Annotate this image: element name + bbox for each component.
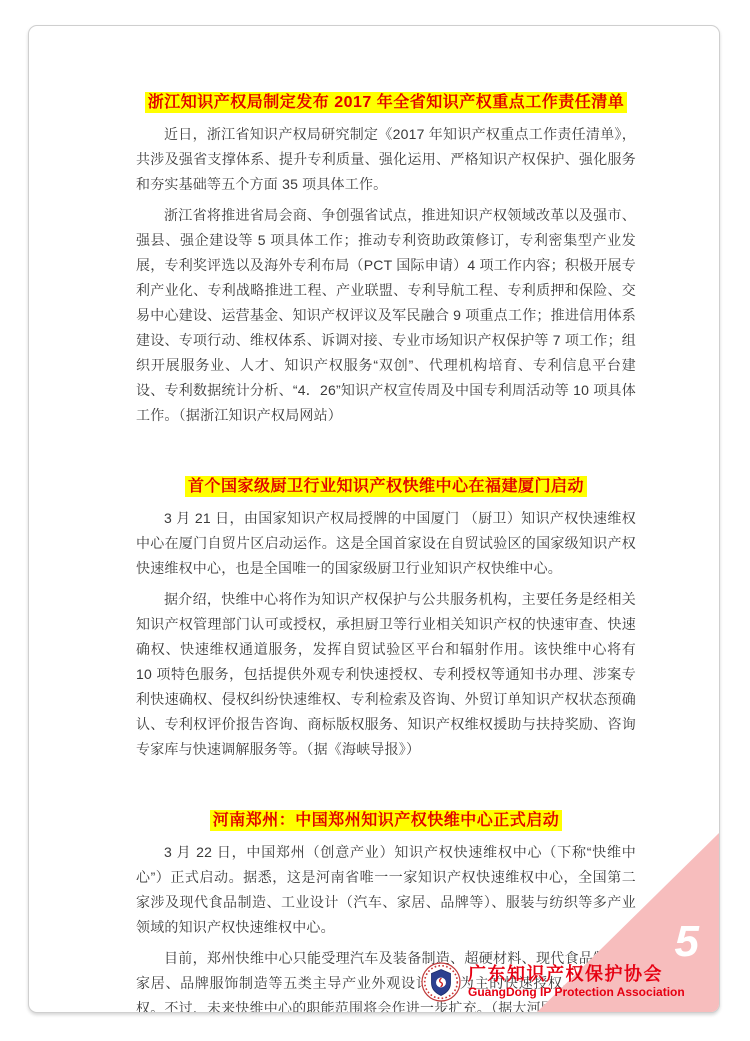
page-content: 浙江知识产权局制定发布 2017 年全省知识产权重点工作责任清单 近日，浙江省知… [29,26,719,1013]
section-heading: 首个国家级厨卫行业知识产权快维中心在福建厦门启动 [136,474,636,500]
section-heading-text: 浙江知识产权局制定发布 2017 年全省知识产权重点工作责任清单 [145,92,628,113]
newsletter-page: 浙江知识产权局制定发布 2017 年全省知识产权重点工作责任清单 近日，浙江省知… [28,25,720,1013]
footer-brand: 广东知识产权保护协会 GuangDong IP Protection Assoc… [421,961,685,1003]
body-paragraph: 近日，浙江省知识产权局研究制定《2017 年知识产权重点工作责任清单》，共涉及强… [136,122,636,197]
association-name-cn: 广东知识产权保护协会 [468,965,685,985]
body-paragraph: 据介绍，快维中心将作为知识产权保护与公共服务机构，主要任务是经相关知识产权管理部… [136,587,636,762]
footer-brand-text: 广东知识产权保护协会 GuangDong IP Protection Assoc… [468,965,685,1000]
section-heading: 河南郑州：中国郑州知识产权快维中心正式启动 [136,808,636,834]
body-paragraph: 3 月 21 日，由国家知识产权局授牌的中国厦门 （厨卫）知识产权快速维权中心在… [136,506,636,581]
page-number: 5 [675,920,699,964]
body-paragraph: 浙江省将推进省局会商、争创强省试点，推进知识产权领域改革以及强市、强县、强企建设… [136,203,636,428]
association-logo-icon [421,962,461,1002]
association-name-en: GuangDong IP Protection Association [468,986,685,999]
section-heading-text: 首个国家级厨卫行业知识产权快维中心在福建厦门启动 [185,476,587,497]
section-heading-text: 河南郑州：中国郑州知识产权快维中心正式启动 [210,810,563,831]
body-paragraph: 3 月 22 日，中国郑州（创意产业）知识产权快速维权中心（下称“快维中心”）正… [136,840,636,940]
section-heading: 浙江知识产权局制定发布 2017 年全省知识产权重点工作责任清单 [136,90,636,116]
